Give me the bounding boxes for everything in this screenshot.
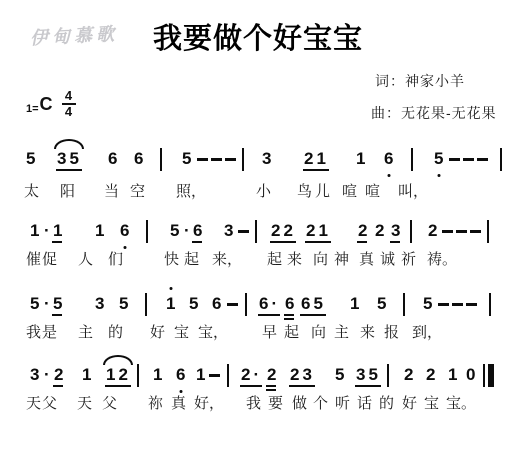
note: 5 (119, 295, 128, 312)
note: 5 (182, 150, 191, 167)
note: 5 (53, 295, 62, 312)
lyric: 来 (287, 252, 302, 267)
note: 1 (356, 150, 365, 167)
duration-dash (477, 158, 488, 161)
note: 6 (120, 222, 129, 239)
lyric: 宝 (174, 325, 189, 340)
note: 6 (108, 150, 117, 167)
note: 5 (377, 295, 386, 312)
lyricist-credit: 词：神家小羊 (375, 71, 465, 91)
note: 21 (306, 222, 331, 239)
duration-dash (456, 230, 467, 233)
time-signature: 4 4 (62, 90, 76, 118)
low-octave-dot (437, 174, 440, 177)
lyric: 报 (384, 325, 399, 340)
note: 0 (466, 366, 475, 383)
lyric: 早 (262, 325, 277, 340)
duration-dash (197, 158, 208, 161)
note: 65 (301, 295, 326, 312)
lyric: 祷。 (427, 252, 457, 267)
lyric: 宝， (198, 325, 228, 340)
note: 5 (434, 150, 443, 167)
lyric: 来 (360, 325, 375, 340)
lyric: 空 (130, 184, 145, 199)
lyric: 我 (246, 396, 261, 411)
note: 1 (82, 366, 91, 383)
note: 6 (193, 222, 202, 239)
lyric: 要 (268, 396, 283, 411)
note: 1 (95, 222, 104, 239)
note: 3 (262, 150, 271, 167)
lyric: 主 (78, 325, 93, 340)
note: · (44, 295, 50, 312)
note: 1 (53, 222, 62, 239)
duration-dash (466, 303, 477, 306)
barline (255, 220, 257, 243)
barline (242, 148, 244, 171)
song-title: 我要做个好宝宝 (153, 16, 363, 57)
lyric: 向 (313, 252, 328, 267)
lyric: 叫， (398, 184, 428, 199)
barline (227, 364, 229, 387)
low-octave-dot (179, 390, 182, 393)
lyric: 真 (171, 396, 186, 411)
barline (145, 293, 147, 316)
note: 5 (30, 295, 39, 312)
note: 3 (30, 366, 39, 383)
duration-dash (470, 230, 481, 233)
duration-dash (211, 158, 222, 161)
low-octave-dot (123, 246, 126, 249)
lyric: 祢 (148, 396, 163, 411)
lyric: 宝。 (446, 396, 476, 411)
note: 5 (189, 295, 198, 312)
lyric: 喧 (365, 184, 380, 199)
note: 1 (166, 295, 175, 312)
lyric: 起 (184, 252, 199, 267)
note: 2 (426, 366, 435, 383)
sheet-music-page: 伊甸慕歌 我要做个好宝宝 词：神家小羊 曲：无花果-无花果 1= C 4 4 5… (0, 0, 518, 463)
barline (146, 220, 148, 243)
lyric: 的 (108, 325, 123, 340)
note: 1 (350, 295, 359, 312)
watermark: 伊甸慕歌 (29, 20, 118, 51)
barline (410, 220, 412, 243)
note: · (44, 222, 50, 239)
duration-dash (238, 230, 249, 233)
lyric: 话 (357, 396, 372, 411)
note: 6 (134, 150, 143, 167)
lyric: 诚 (380, 252, 395, 267)
note: 6 (176, 366, 185, 383)
lyric: 人 (78, 252, 93, 267)
note: 6 (384, 150, 393, 167)
note: 6 (212, 295, 221, 312)
lyric: 儿 (315, 184, 330, 199)
note: 1 (448, 366, 457, 383)
lyric: 祈 (401, 252, 416, 267)
duration-dash (452, 303, 463, 306)
note: 5 (170, 222, 179, 239)
note: 2· (241, 366, 262, 383)
barline (387, 364, 389, 387)
lyric: 好 (150, 325, 165, 340)
lyric: 真 (359, 252, 374, 267)
barline (500, 148, 502, 171)
lyric: 小 (256, 184, 271, 199)
time-signature-denominator: 4 (62, 106, 76, 118)
note: 2 (358, 222, 367, 239)
lyric: 阳 (60, 184, 75, 199)
note: · (184, 222, 190, 239)
note: 5 (423, 295, 432, 312)
lyric: 神 (334, 252, 349, 267)
lyric: 是 (42, 325, 57, 340)
lyric: 快 (164, 252, 179, 267)
note: 3 (95, 295, 104, 312)
note: 3 (391, 222, 400, 239)
lyric: 天 (77, 396, 92, 411)
lyric: 太 (24, 184, 39, 199)
note: 2 (267, 366, 276, 383)
barline (489, 293, 491, 316)
lyric: 主 (334, 325, 349, 340)
lyric: 父 (42, 396, 57, 411)
key-signature: 1= C 4 4 (26, 90, 76, 118)
note: 2 (404, 366, 413, 383)
final-barline (483, 364, 494, 387)
duration-dash (225, 158, 236, 161)
lyric: 鸟 (297, 184, 312, 199)
note: 21 (304, 150, 329, 167)
lyric: 好， (194, 396, 224, 411)
lyric: 起 (267, 252, 282, 267)
lyric: 来， (212, 252, 242, 267)
note: 1 (196, 366, 205, 383)
lyric: 好 (402, 396, 417, 411)
lyric: 照， (176, 184, 206, 199)
note: 5 (335, 366, 344, 383)
low-octave-dot (387, 174, 390, 177)
lyric: 起 (284, 325, 299, 340)
lyric: 们 (108, 252, 123, 267)
key-tonic: C (40, 94, 53, 115)
lyric: 的 (379, 396, 394, 411)
lyric: 父 (102, 396, 117, 411)
time-signature-numerator: 4 (62, 90, 76, 102)
note: 23 (290, 366, 315, 383)
duration-dash (449, 158, 460, 161)
key-prefix: 1= (26, 103, 39, 115)
composer-credit: 曲：无花果-无花果 (371, 103, 497, 123)
duration-dash (442, 230, 453, 233)
note: 2 (375, 222, 384, 239)
lyric: 到， (412, 325, 442, 340)
note: 35 (57, 150, 82, 167)
lyric: 天 (26, 396, 41, 411)
note: 1 (30, 222, 39, 239)
barline (245, 293, 247, 316)
note: 6 (285, 295, 294, 312)
high-octave-dot (169, 287, 172, 290)
duration-dash (227, 303, 238, 306)
note: 2 (54, 366, 63, 383)
lyric: 我 (26, 325, 41, 340)
lyric: 做 (292, 396, 307, 411)
duration-dash (438, 303, 449, 306)
barline (411, 148, 413, 171)
barline (137, 364, 139, 387)
lyric: 宝 (424, 396, 439, 411)
lyric: 促 (42, 252, 57, 267)
slur-arc (103, 355, 133, 365)
lyric: 个 (313, 396, 328, 411)
lyric: 催 (26, 252, 41, 267)
note: 1 (153, 366, 162, 383)
slur-arc (54, 139, 84, 149)
lyric: 喧 (342, 184, 357, 199)
note: 2 (428, 222, 437, 239)
barline (160, 148, 162, 171)
barline (403, 293, 405, 316)
note: · (44, 366, 50, 383)
note: 3 (224, 222, 233, 239)
note: 12 (106, 366, 131, 383)
lyric: 听 (335, 396, 350, 411)
note: 6· (259, 295, 280, 312)
duration-dash (463, 158, 474, 161)
duration-dash (209, 374, 220, 377)
lyric: 向 (311, 325, 326, 340)
note: 35 (356, 366, 381, 383)
barline (487, 220, 489, 243)
note: 5 (26, 150, 35, 167)
note: 22 (271, 222, 296, 239)
lyric: 当 (104, 184, 119, 199)
